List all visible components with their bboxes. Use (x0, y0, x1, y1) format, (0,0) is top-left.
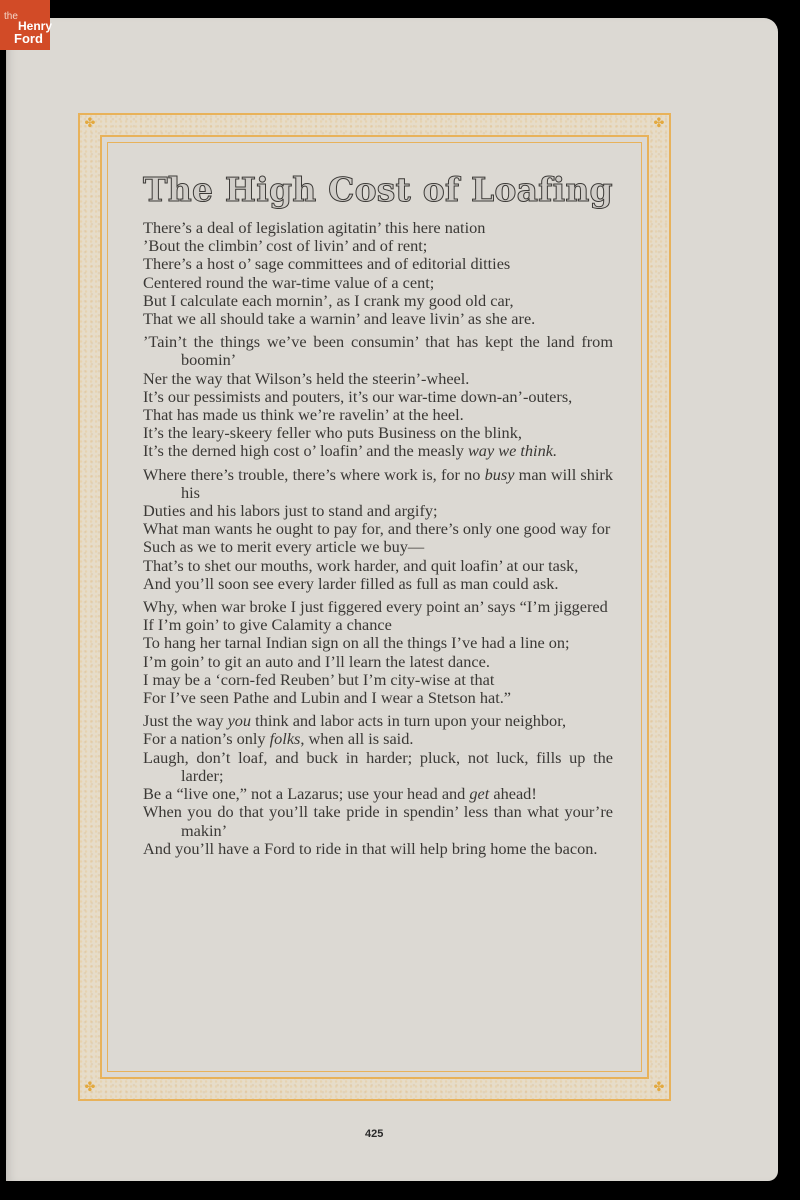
poem-line: And you’ll have a Ford to ride in that w… (143, 840, 613, 858)
poem-line: There’s a deal of legislation agitatin’ … (143, 219, 613, 237)
poem-line: Laugh, don’t loaf, and buck in harder; p… (143, 749, 613, 785)
poem-line: ’Bout the climbin’ cost of livin’ and of… (143, 237, 613, 255)
poem-line: That has made us think we’re ravelin’ at… (143, 406, 613, 424)
henry-ford-logo: the Henry Ford (0, 0, 50, 50)
italic-emphasis: busy (485, 465, 515, 484)
poem-line: To hang her tarnal Indian sign on all th… (143, 634, 613, 652)
poem-line: I may be a ‘corn-fed Reuben’ but I’m cit… (143, 671, 613, 689)
poem-line: Just the way you think and labor acts in… (143, 712, 613, 730)
poem-line: Such as we to merit every article we buy… (143, 538, 613, 556)
poem-line: What man wants he ought to pay for, and … (143, 520, 613, 538)
page-gutter (6, 20, 7, 1160)
poem-line: There’s a host o’ sage committees and of… (143, 255, 613, 273)
poem-line: It’s the derned high cost o’ loafin’ and… (143, 442, 613, 460)
page-number: 425 (365, 1128, 383, 1140)
poem-line: It’s the leary-skeery feller who puts Bu… (143, 424, 613, 442)
poem-line: Be a “live one,” not a Lazarus; use your… (143, 785, 613, 803)
stanza-4: Why, when war broke I just figgered ever… (143, 598, 613, 707)
poem-line: But I calculate each mornin’, as I crank… (143, 292, 613, 310)
stanza-5: Just the way you think and labor acts in… (143, 712, 613, 858)
poem-line: It’s our pessimists and pouters, it’s ou… (143, 388, 613, 406)
poem-line: Centered round the war-time value of a c… (143, 274, 613, 292)
corner-ornament-icon: ✤ (653, 118, 665, 130)
poem-line: Duties and his labors just to stand and … (143, 502, 613, 520)
poem-line: For a nation’s only folks, when all is s… (143, 730, 613, 748)
stanza-2: ’Tain’t the things we’ve been consumin’ … (143, 333, 613, 460)
corner-ornament-icon: ✤ (653, 1082, 665, 1094)
poem-line: If I’m goin’ to give Calamity a chance (143, 616, 613, 634)
poem: The High Cost of Loafing There’s a deal … (143, 170, 613, 863)
poem-line: I’m goin’ to git an auto and I’ll learn … (143, 653, 613, 671)
italic-emphasis: you (228, 711, 252, 730)
poem-line: When you do that you’ll take pride in sp… (143, 803, 613, 839)
poem-line: ’Tain’t the things we’ve been consumin’ … (143, 333, 613, 369)
poem-line: And you’ll soon see every larder filled … (143, 575, 613, 593)
poem-line: That we all should take a warnin’ and le… (143, 310, 613, 328)
corner-ornament-icon: ✤ (84, 1082, 96, 1094)
stanza-3: Where there’s trouble, there’s where wor… (143, 466, 613, 593)
italic-emphasis: way we think. (468, 441, 557, 460)
poem-title: The High Cost of Loafing (143, 170, 613, 210)
poem-line: Why, when war broke I just figgered ever… (143, 598, 613, 616)
stanza-1: There’s a deal of legislation agitatin’ … (143, 219, 613, 328)
corner-ornament-icon: ✤ (84, 118, 96, 130)
italic-emphasis: get (469, 784, 489, 803)
italic-emphasis: folks (270, 729, 301, 748)
poem-line: Ner the way that Wilson’s held the steer… (143, 370, 613, 388)
poem-line: That’s to shet our mouths, work harder, … (143, 557, 613, 575)
poem-line: For I’ve seen Pathe and Lubin and I wear… (143, 689, 613, 707)
poem-line: Where there’s trouble, there’s where wor… (143, 466, 613, 502)
